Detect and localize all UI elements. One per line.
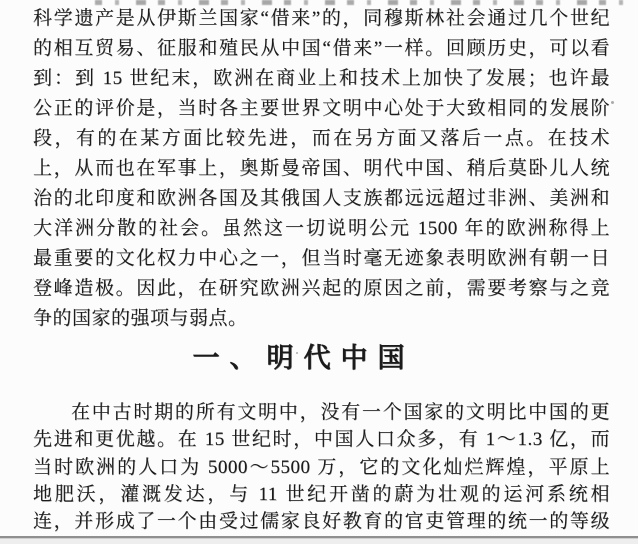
- text-line: 先进和更优越。在 15 世纪时，中国人口众多，有 1～1.3 亿，而: [33, 426, 610, 453]
- text-line: 最重要的文化权力中心之一，但当时毫无迹象表明欧洲有朝一日: [33, 244, 610, 274]
- text-line: 的相互贸易、征服和殖民从中国“借来”一样。回顾历史，可以看: [33, 34, 610, 64]
- text-line: 登峰造极。因此，在研究欧洲兴起的原因之前，需要考察与之竞: [33, 274, 610, 304]
- text-line: 争的国家的强项与弱点。: [33, 304, 610, 334]
- section-heading: 一、明代中国: [15, 340, 592, 376]
- text-line: 到：到 15 世纪末，欧洲在商业上和技术上加快了发展；也许最: [33, 64, 610, 94]
- text-line: 公正的评价是，当时各主要世界文明中心处于大致相同的发展阶: [33, 94, 610, 124]
- page-bottom-strip: [0, 538, 638, 544]
- text-line: 治的北印度和欧洲各国及其俄国人支族都远远超过非洲、美洲和: [33, 184, 610, 214]
- text-line: 地肥沃，灌溉发达，与 11 世纪开凿的蔚为壮观的运河系统相: [33, 481, 610, 508]
- text-line: 在中古时期的所有文明中，没有一个国家的文明比中国的更: [33, 399, 610, 426]
- text-line: 大洋洲分散的社会。虽然这一切说明公元 1500 年的欧洲称得上: [33, 214, 610, 244]
- text-line: 上，从而也在军事上，奥斯曼帝国、明代中国、稍后莫卧儿人统: [33, 154, 610, 184]
- text-line: 段，有的在某方面比较先进，而在另方面又落后一点。在技术: [33, 124, 610, 154]
- text-line: 连，并形成了一个由受过儒家良好教育的官吏管理的统一的等级: [33, 508, 610, 535]
- scanned-book-page: 科学遗产是从伊斯兰国家“借来”的，同穆斯林社会通过几个世纪的相互贸易、征服和殖民…: [0, 0, 638, 544]
- text-line: 科学遗产是从伊斯兰国家“借来”的，同穆斯林社会通过几个世纪: [33, 4, 610, 34]
- paragraph-2: 在中古时期的所有文明中，没有一个国家的文明比中国的更先进和更优越。在 15 世纪…: [33, 399, 610, 535]
- scan-speck: [296, 352, 298, 354]
- paragraph-1: 科学遗产是从伊斯兰国家“借来”的，同穆斯林社会通过几个世纪的相互贸易、征服和殖民…: [33, 4, 610, 334]
- text-line: 当时欧洲的人口为 5000～5500 万，它的文化灿烂辉煌，平原上: [33, 454, 610, 481]
- scan-speck: [611, 101, 614, 104]
